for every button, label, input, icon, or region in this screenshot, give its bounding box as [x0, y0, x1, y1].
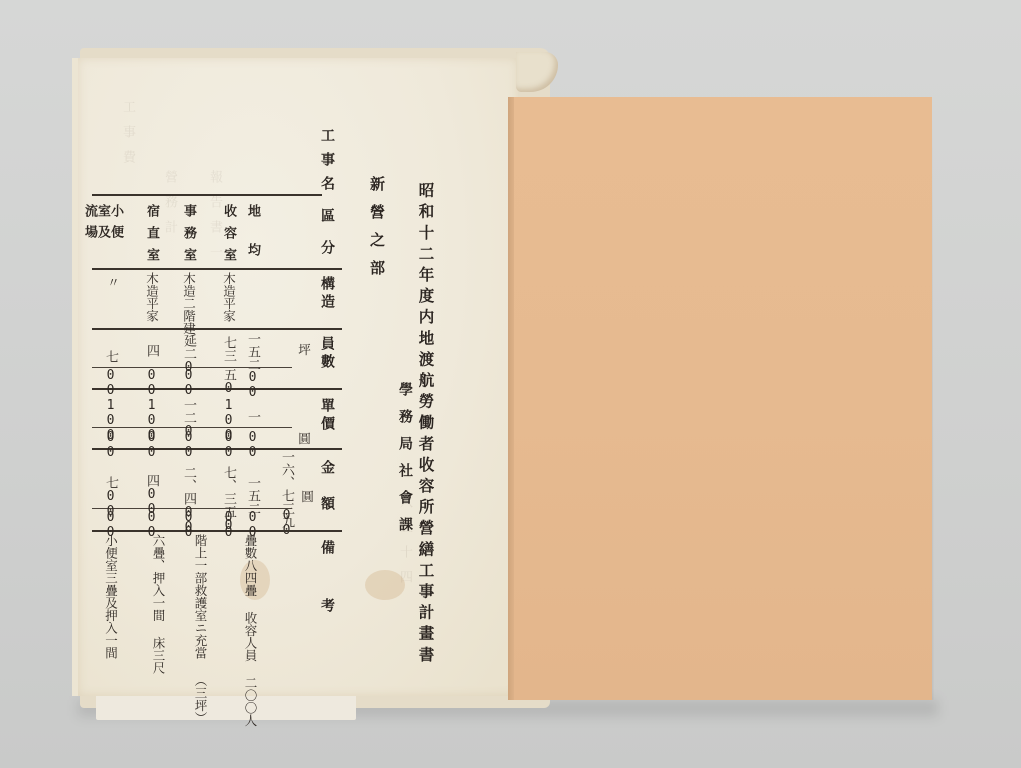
row-unit-price: 一: [246, 410, 259, 423]
row-quantity-sen: 00: [104, 368, 117, 398]
show-through-text: 工事費: [118, 100, 137, 175]
row-division: 地均: [246, 204, 259, 282]
rule: [92, 194, 322, 196]
unit-yen-amount: 圓: [300, 490, 313, 503]
row-division: 事務室: [182, 204, 195, 270]
row-structure: 木造平家: [222, 272, 235, 322]
section-heading: 新營之部: [369, 176, 384, 288]
row-remarks: 階上一部救護室ニ充當 （三坪）: [172, 534, 206, 724]
rule: [92, 268, 342, 270]
row-quantity-sen: 00: [246, 370, 259, 400]
organization-name: 學務局社會課: [398, 382, 412, 544]
row-unit-price-sen: 00: [145, 430, 158, 460]
row-division: 宿直室: [145, 204, 158, 270]
rule: [92, 530, 342, 532]
row-quantity-sen: 五0: [222, 368, 235, 396]
header-amount: 金額: [320, 460, 334, 532]
row-unit-price-sen: 00: [104, 430, 117, 460]
row-quantity-sen: 00: [145, 368, 158, 398]
header-structure: 構造: [320, 276, 334, 312]
header-project: 工事名: [320, 128, 334, 200]
row-division: 小便室及流場: [88, 204, 122, 264]
row-remarks: 六疊、押入一間 床三尺: [130, 534, 164, 674]
header-division: 區分: [320, 208, 334, 272]
rule: [92, 448, 342, 450]
row-unit-price-sen: 00: [222, 430, 235, 460]
unit-yen: 圓: [297, 432, 310, 445]
row-unit-price-sen: 00: [182, 430, 195, 460]
document-title: 昭和十二年度内地渡航勞働者收容所營繕工事計畫書: [418, 182, 434, 667]
rule: [92, 328, 342, 330]
row-quantity: 七三: [222, 336, 235, 362]
row-quantity: 一五二: [246, 332, 259, 371]
row-remarks: 小便室三疊及押入一間: [104, 534, 117, 659]
row-structure: 木造二階建: [182, 272, 195, 335]
stain: [365, 570, 405, 600]
row-structure: 〃: [106, 276, 119, 289]
document-cover-right: [514, 97, 932, 700]
row-unit-price-sen: 00: [246, 430, 259, 460]
row-structure: 木造平家: [145, 272, 158, 322]
show-through-text: 營務計: [160, 170, 179, 245]
header-quantity: 員數: [320, 336, 334, 372]
header-unit-price: 單價: [320, 398, 334, 434]
rule: [92, 388, 342, 390]
row-remarks: 疊數八四疊 收容人員 二〇〇人: [222, 534, 256, 727]
total-amount-sen: 00: [280, 508, 293, 538]
row-quantity: 四: [145, 344, 158, 357]
row-quantity: 七: [104, 350, 117, 363]
row-quantity-sen: 00: [182, 368, 195, 398]
header-remarks: 備考: [320, 540, 334, 656]
row-division: 收容室: [222, 204, 235, 270]
unit-tsubo: 坪: [297, 343, 310, 356]
page-corner-curl: [516, 52, 558, 92]
